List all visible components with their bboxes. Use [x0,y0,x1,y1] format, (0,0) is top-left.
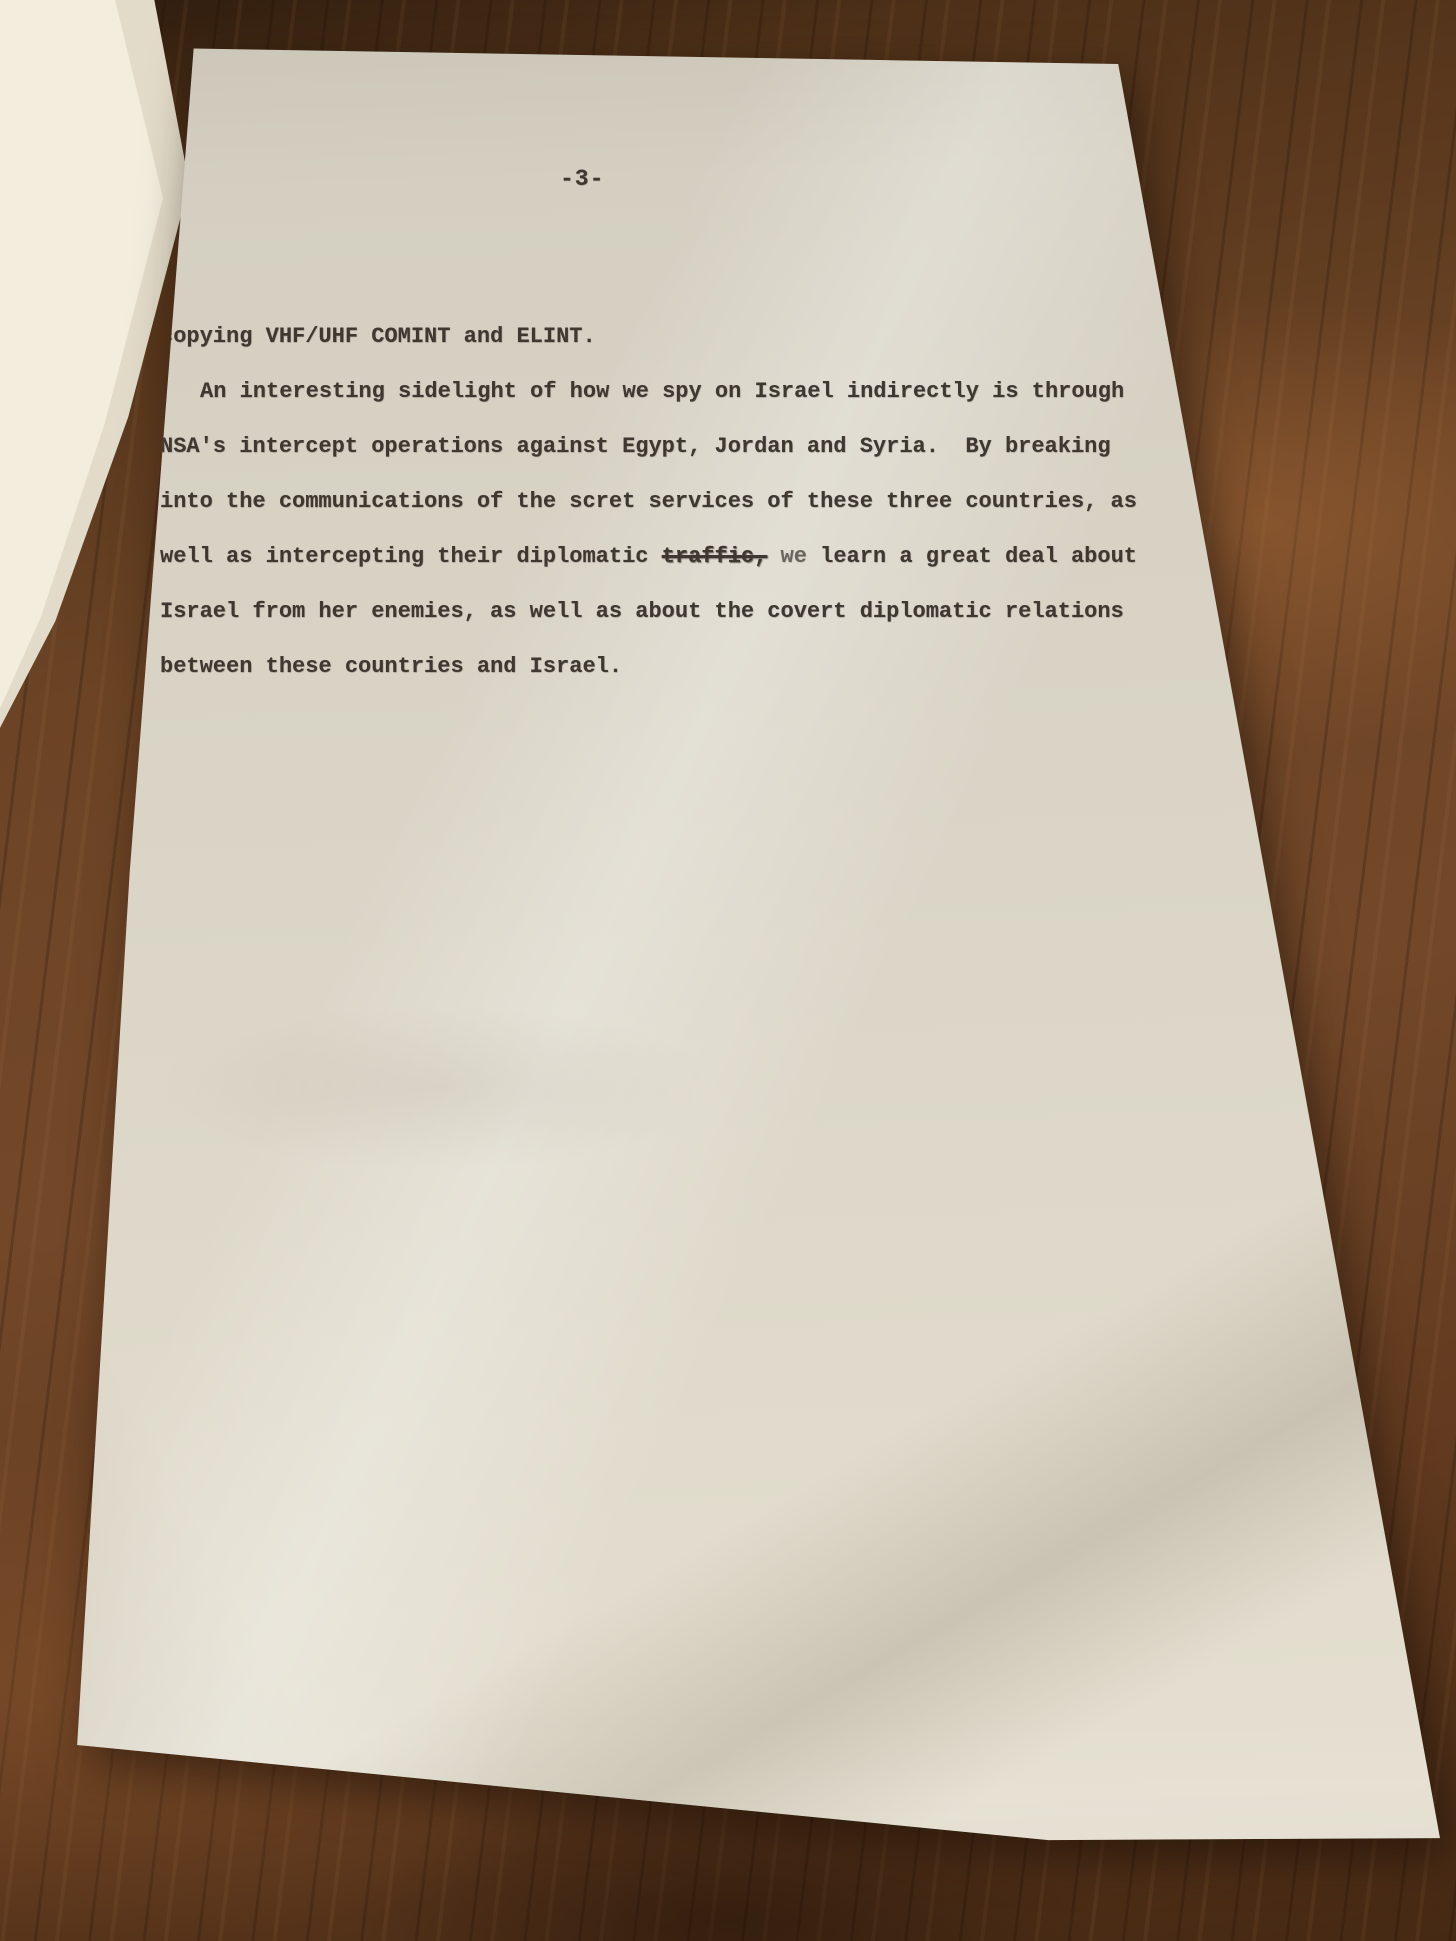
text-line: Israel from her enemies, as well as abou… [160,584,1137,639]
typed-segment: into the communications of the scret ser… [160,489,1137,514]
page-number: -3- [560,166,604,192]
typed-segment: An interesting sidelight of how we spy o… [200,379,1124,404]
typed-segment: Israel from her enemies, as well as abou… [160,599,1124,624]
typed-segment: well as intercepting their diplomatic [160,544,662,569]
typed-segment: we [781,544,807,569]
typed-text: copying VHF/UHF COMINT and ELINT.An inte… [160,309,1137,694]
document-page-wrap: -3- copying VHF/UHF COMINT and ELINT.An … [0,0,1456,1941]
text-line: into the communications of the scret ser… [160,474,1137,529]
text-line: well as intercepting their diplomatic tr… [160,529,1137,584]
typed-segment: copying VHF/UHF COMINT and ELINT. [160,324,596,349]
document-page: -3- copying VHF/UHF COMINT and ELINT.An … [0,0,1456,1941]
photo-scene: -3- copying VHF/UHF COMINT and ELINT.An … [0,0,1456,1941]
text-line: An interesting sidelight of how we spy o… [160,364,1137,419]
text-line: copying VHF/UHF COMINT and ELINT. [160,309,1137,364]
typed-segment: between these countries and Israel. [160,654,622,679]
typed-segment [767,544,780,569]
typed-segment: learn a great deal about [807,544,1137,569]
struck-text: traffic, [662,544,768,569]
text-line: NSA's intercept operations against Egypt… [160,419,1137,474]
text-line: between these countries and Israel. [160,639,1137,694]
typed-segment: NSA's intercept operations against Egypt… [160,434,1111,459]
